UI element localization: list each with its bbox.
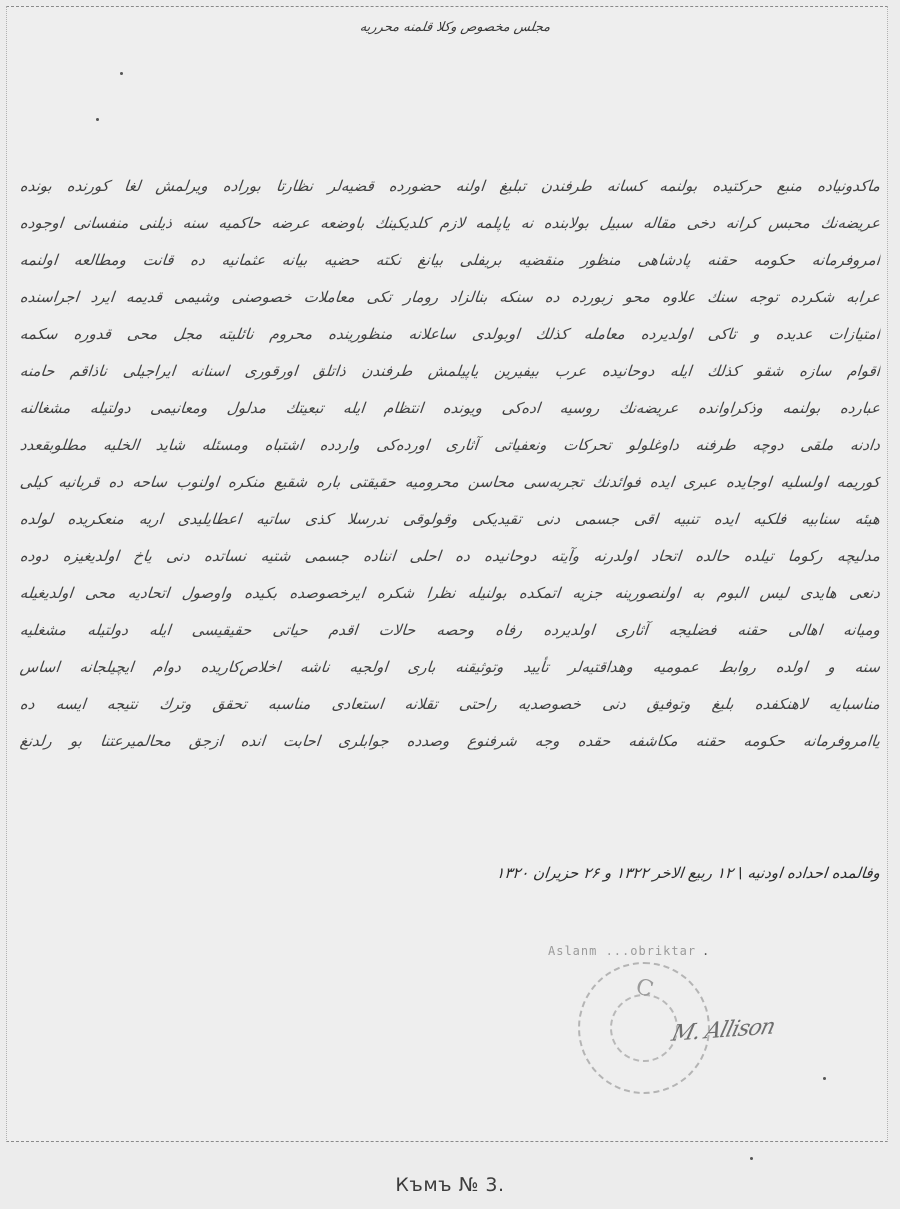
- body-line: ومیانه اهالی حقنه فضلیجه آثاری اولدیرده …: [18, 612, 882, 649]
- body-line: اقوام سازه شقو كذلك ایله دوحانیده عرب بی…: [18, 353, 882, 390]
- scan-speck: [120, 72, 123, 75]
- handwritten-body: ماكدونیاده منبع حركتیده بولنمه كسانه طرف…: [20, 168, 880, 760]
- scan-speck: [750, 1157, 753, 1160]
- body-line: كوریمه اولسلیه اوجایده عبری ایده فوائدنك…: [18, 464, 882, 501]
- body-line: مدلیچه ركوما تیلده حالده اتحاد اولدرنه و…: [18, 538, 882, 575]
- scan-speck: [823, 1077, 826, 1080]
- figure-caption: Къмъ № 3.: [0, 1174, 900, 1196]
- body-line: امروفرمانه حكومه حقنه پادشاهی منظور منقض…: [18, 242, 882, 279]
- typed-name: Aslanm ...obriktar.: [548, 944, 710, 958]
- body-line: دنعی هایدی لیس البوم به اولنصورینه جزیه …: [18, 575, 882, 612]
- body-line: هیئه سنابیه فلكیه ایده تنبیه اقی جسمی دن…: [18, 501, 882, 538]
- seal-inner-ring: [610, 994, 678, 1062]
- body-line: ماكدونیاده منبع حركتیده بولنمه كسانه طرف…: [18, 168, 882, 205]
- body-line: دادنه ملقی دوچه طرفنه داوغلولو تحركات ون…: [18, 427, 882, 464]
- typed-period: .: [702, 944, 710, 958]
- body-line: مناسبایه لاهنكفده بلیغ وتوفیق دنی خصوصدی…: [18, 686, 882, 723]
- scan-speck: [96, 118, 99, 121]
- body-line: عرابه شكرده توجه سنك علاوه محو زبورده ده…: [18, 279, 882, 316]
- body-line: عریضه‌نك محبس كرانه دخی مقاله سبیل بولاب…: [18, 205, 882, 242]
- body-line: یاامروفرمانه حكومه حقنه مكاشفه حقده وجه …: [18, 723, 882, 760]
- typed-name-text: Aslanm ...obriktar: [548, 944, 696, 958]
- date-closing-line: وفالمده احداده اودنیه \ ۱۲ ربیع الاخر ۱۳…: [339, 864, 881, 882]
- document-heading: مجلس مخصوص وكلا قلمنه محرریه: [329, 20, 581, 35]
- body-line: امتیازات عدیده و تاكی اولدیرده معامله كذ…: [18, 316, 882, 353]
- body-line: سنه و اولده روابط عمومیه وهداقتیه‌لر تأی…: [18, 649, 882, 686]
- body-line: عبارده بولنمه وذكراوانده عریضه‌نك روسیه …: [18, 390, 882, 427]
